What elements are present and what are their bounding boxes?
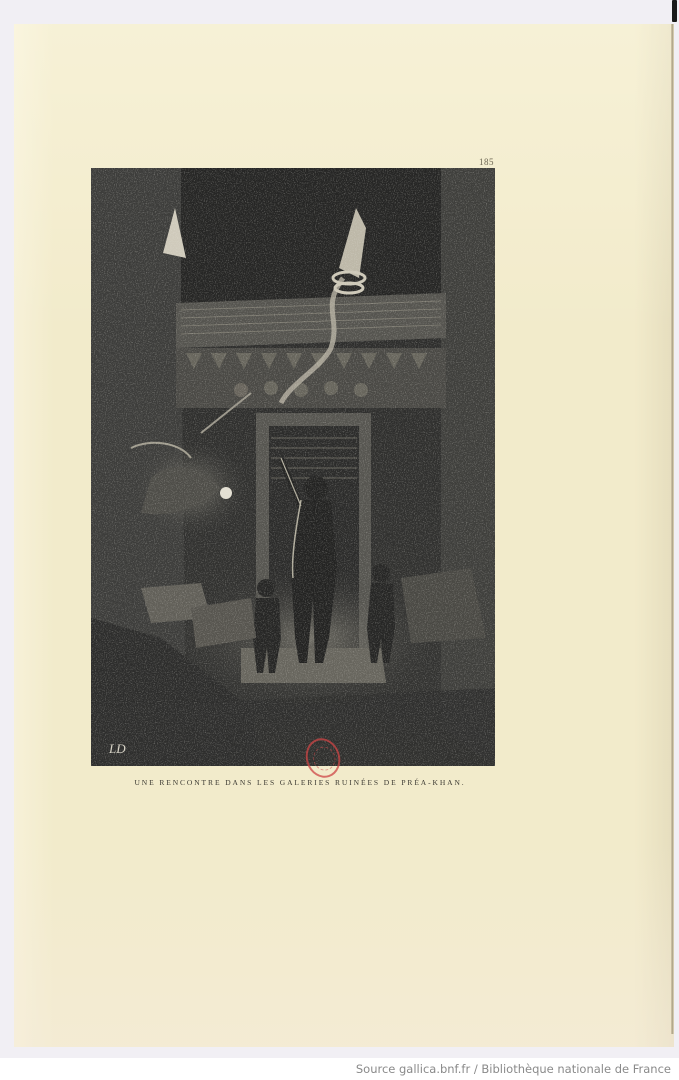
page-edge [671,24,674,1034]
scrollbar-thumb[interactable] [672,0,677,22]
page-number: 185 [479,157,494,167]
plate-caption: UNE RENCONTRE DANS LES GALERIES RUINÉES … [100,778,500,787]
engraving-illustration: LD [91,168,495,766]
document-viewer: 185 [0,0,679,1058]
engraving-plate: LD [91,168,495,766]
library-stamp-inner-ring [310,744,338,774]
artist-signature: LD [108,741,126,756]
source-credit-link[interactable]: Source gallica.bnf.fr / Bibliothèque nat… [356,1062,671,1076]
footer-bar: Source gallica.bnf.fr / Bibliothèque nat… [0,1058,679,1080]
